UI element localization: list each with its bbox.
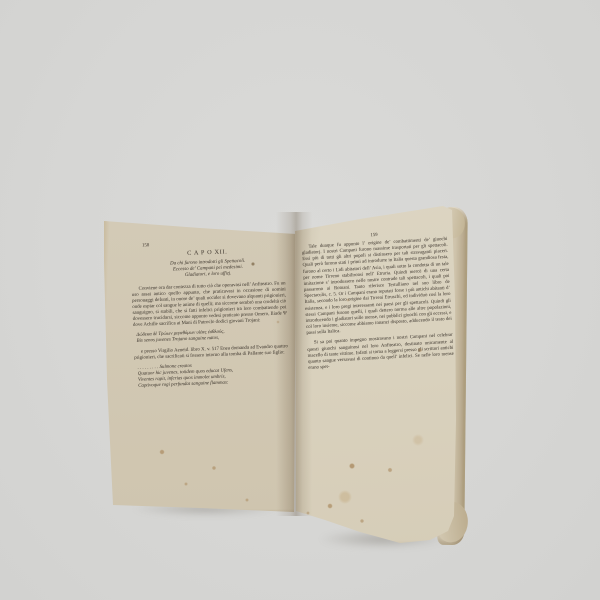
right-paragraph-1: Tale dunque fu appunto l’ origine de’ co… xyxy=(301,237,452,337)
photo-backdrop: 158 C A P O XII. Da chi furono introdott… xyxy=(0,0,600,600)
verse-couplet: Δώδεκα δὲ Τρώων μεγαθύμων υἱέας ἐσθλούς,… xyxy=(133,328,287,346)
left-page: 158 C A P O XII. Da chi furono introdott… xyxy=(98,216,298,516)
verse-quatrain: . . . . . . . . . Sulmone creatos Quatuo… xyxy=(134,360,289,390)
left-paragraph-2: e presso Virgilio Aeneid. libro X. v. 51… xyxy=(134,344,288,362)
right-page-text-block: 159 Tale dunque fu appunto l’ origine de… xyxy=(301,229,455,376)
right-paragraph-2: Si sa poi quanto impegno mostravano i no… xyxy=(307,333,454,372)
right-page: 159 Tale dunque fu appunto l’ origine de… xyxy=(291,202,463,552)
left-paragraph-1: Conviene ora dar contezza di tutto ciò c… xyxy=(132,281,287,329)
left-page-text-block: 158 C A P O XII. Da chi furono introdott… xyxy=(130,238,289,394)
chapter-subtitle: Da chi furono introdotti gli Spettacoli.… xyxy=(131,257,286,281)
